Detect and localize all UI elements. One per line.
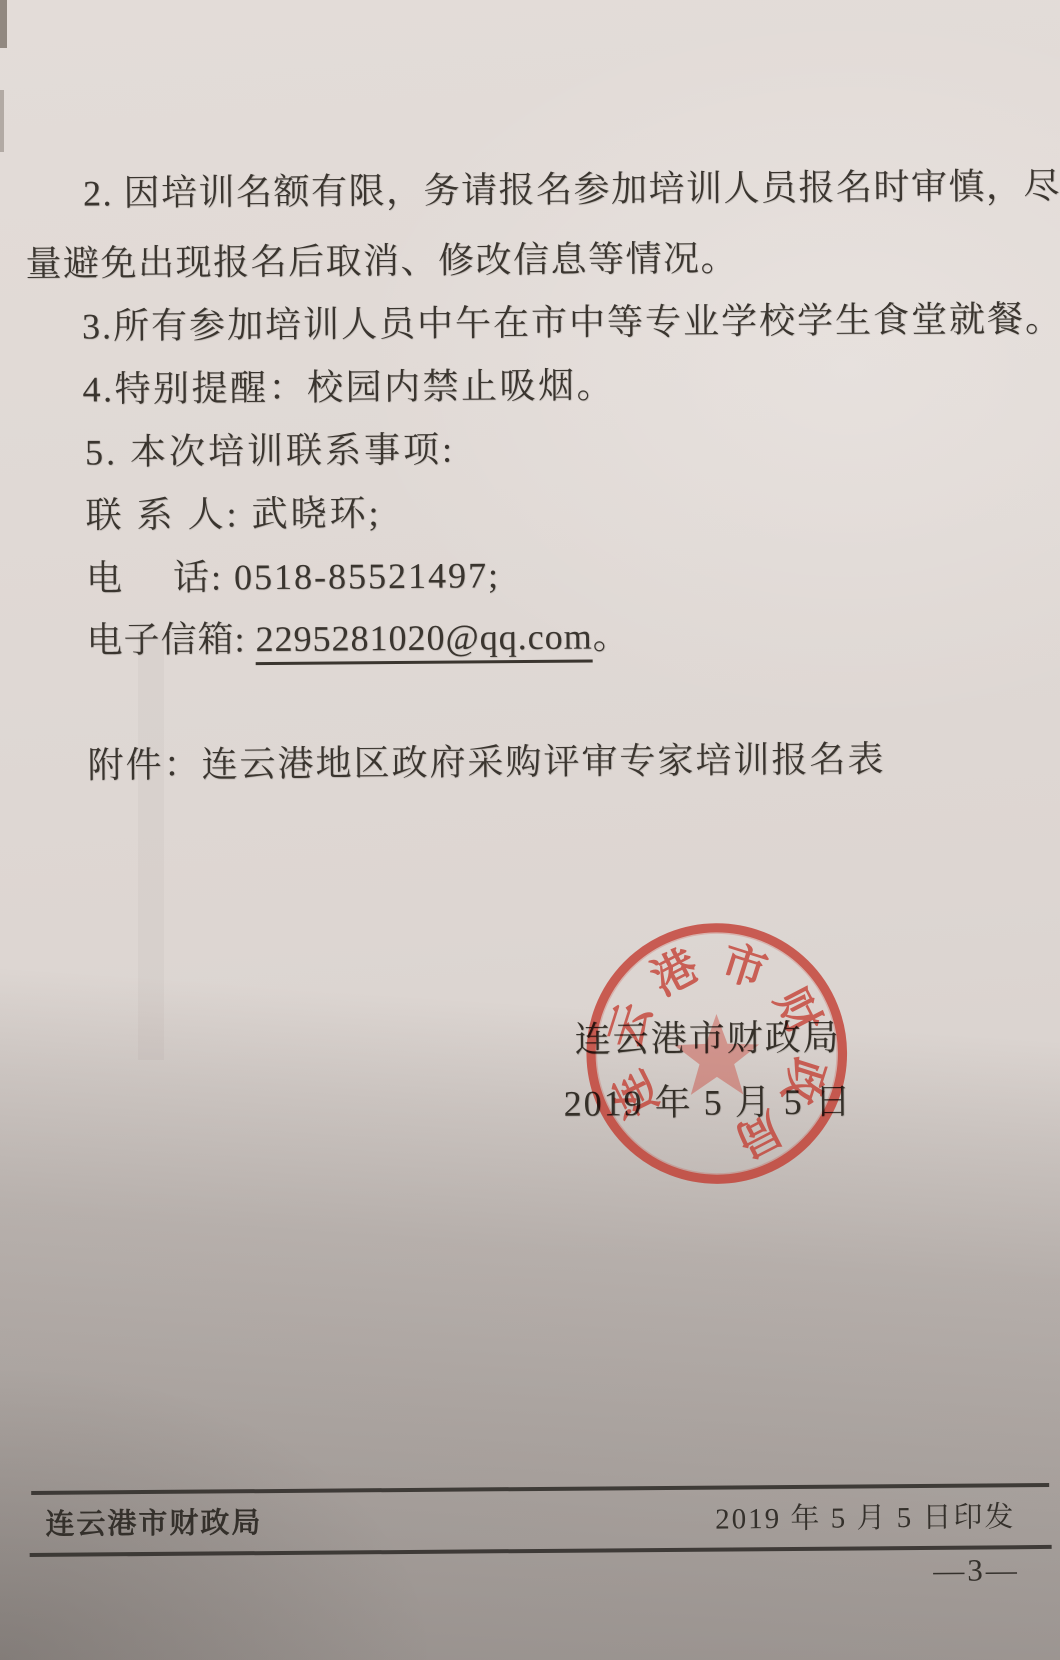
- email-label: 电子信箱:: [86, 619, 255, 660]
- item-4: 4.特别提醒：校园内禁止吸烟。: [82, 363, 615, 412]
- scanned-document-page: 2. 因培训名额有限，务请报名参加培训人员报名时审慎，尽 量避免出现报名后取消、…: [0, 0, 1060, 1660]
- stamp-char: 政: [773, 1052, 834, 1110]
- stamp-char: 云: [599, 997, 660, 1055]
- document-content: 2. 因培训名额有限，务请报名参加培训人员报名时审慎，尽 量避免出现报名后取消、…: [0, 0, 1060, 1660]
- item-5: 5. 本次培训联系事项:: [85, 428, 455, 476]
- contact-name-line: 联 系 人: 武晓环;: [85, 491, 381, 538]
- paragraph-2-line-1: 2. 因培训名额有限，务请报名参加培训人员报名时审慎，尽: [83, 164, 1060, 217]
- stamp-char: 市: [715, 936, 773, 997]
- footer-issuer: 连云港市财政局: [45, 1500, 262, 1543]
- item-3: 3.所有参加培训人员中午在市中等专业学校学生食堂就餐。: [82, 297, 1060, 350]
- paragraph-2-line-2: 量避免出现报名后取消、修改信息等情况。: [25, 236, 738, 287]
- email-period: 。: [592, 616, 629, 656]
- footer-rule-bottom: [30, 1545, 1052, 1557]
- footer-rule-top: [31, 1483, 1049, 1495]
- contact-phone-line: 电 话: 0518-85521497;: [86, 553, 500, 601]
- page-number: —3—: [933, 1552, 1020, 1589]
- email-address: 2295281020@qq.com: [255, 617, 592, 666]
- attachment-line: 附件：连云港地区政府采购评审专家培训报名表: [87, 737, 885, 788]
- stamp-star-icon: [674, 1014, 759, 1095]
- contact-email-line: 电子信箱: 2295281020@qq.com。: [86, 614, 630, 663]
- official-seal-stamp: 连 云 港 市 财 政 局: [571, 907, 863, 1199]
- footer-issue-date: 2019 年 5 月 5 日印发: [715, 1494, 1016, 1537]
